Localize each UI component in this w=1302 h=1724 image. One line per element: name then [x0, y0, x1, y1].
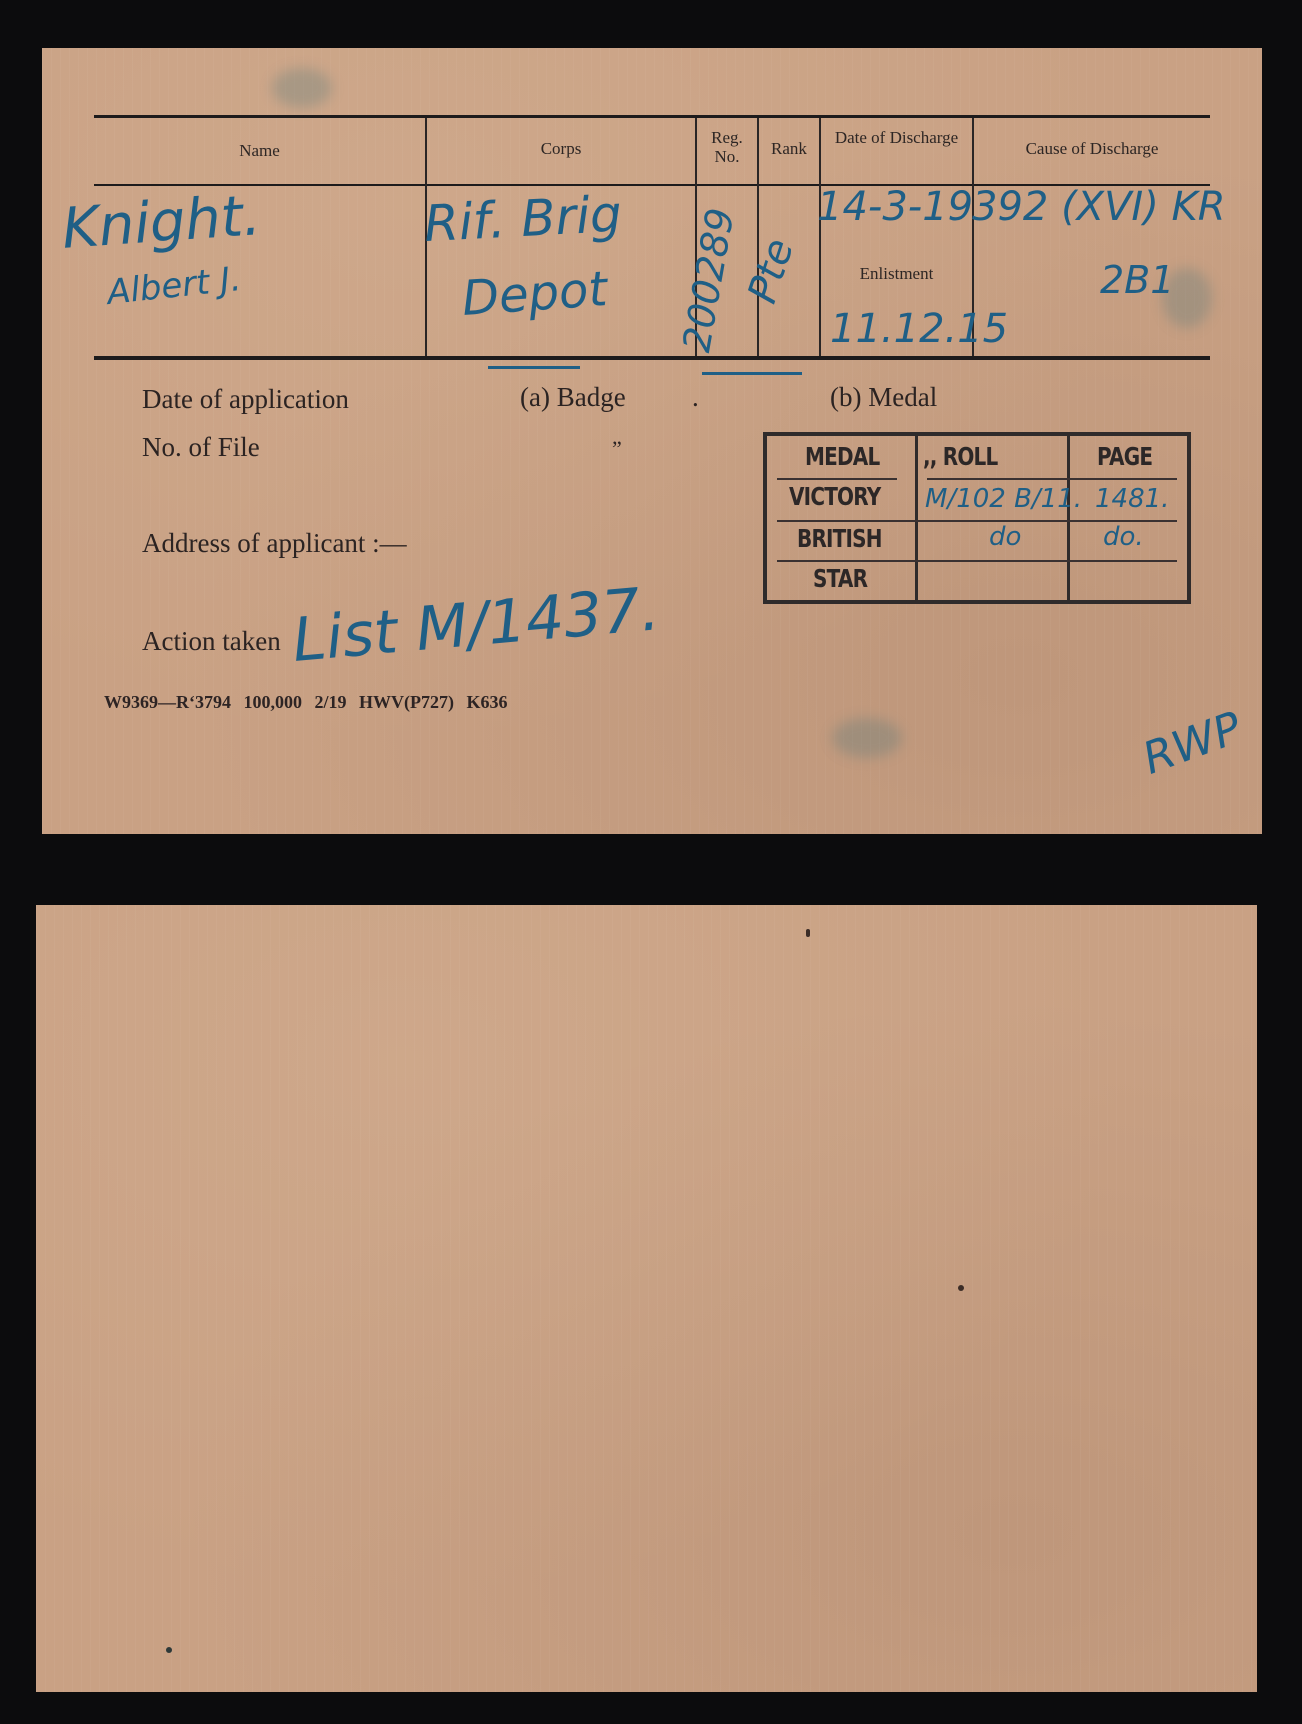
header-cause-of-discharge: Cause of Discharge: [974, 139, 1210, 158]
date-of-application-label: Date of application: [142, 384, 349, 415]
stamp-row-rule: [777, 560, 1177, 562]
ink-smudge: [832, 718, 902, 758]
stamp-row-british: BRITISH: [797, 524, 882, 553]
header-corps: Corps: [427, 139, 695, 158]
table-top-rule: [94, 115, 1210, 118]
index-card-front: Name Corps Reg. No. Rank Date of Dischar…: [42, 48, 1262, 834]
stamp-divider: [1067, 436, 1070, 600]
cause-of-discharge-handwritten-line1: 392 (XVI) KR: [972, 184, 1226, 230]
date-of-discharge-handwritten: 14-3-19: [817, 184, 973, 230]
stamp-header-page: PAGE: [1097, 442, 1152, 471]
header-rank: Rank: [759, 139, 819, 158]
rank-handwritten: Pte: [739, 233, 803, 308]
stamp-header-medal: MEDAL: [805, 442, 879, 471]
surname-handwritten: Knight.: [60, 183, 263, 262]
corps-handwritten-line2: Depot: [460, 261, 609, 327]
header-name: Name: [94, 141, 425, 160]
header-date-of-discharge: Date of Discharge: [821, 128, 972, 147]
cause-of-discharge-handwritten-line2: 2B1: [1100, 258, 1174, 302]
british-page-handwritten: do.: [1103, 522, 1144, 552]
stamp-row-rule: [927, 478, 1177, 480]
victory-roll-handwritten: M/102 B/11.: [925, 484, 1082, 514]
paper-fleck: [166, 1647, 172, 1653]
stamp-divider: [915, 436, 918, 600]
enlistment-label: Enlistment: [821, 264, 972, 283]
index-card-back: [36, 905, 1257, 1692]
paper-fleck: [806, 929, 810, 937]
action-taken-label: Action taken: [142, 626, 281, 657]
enlistment-date-handwritten: 11.12.15: [830, 306, 1008, 352]
stamp-header-roll: ,, ROLL: [923, 442, 997, 471]
table-bottom-rule: [94, 356, 1210, 360]
medal-label: (b) Medal: [830, 382, 937, 413]
stamp-row-star: STAR: [813, 564, 867, 593]
corps-handwritten-line1: Rif. Brig: [423, 185, 623, 253]
header-reg-no: Reg. No.: [697, 128, 757, 166]
british-roll-handwritten: do: [989, 522, 1021, 552]
medal-dash-mark: [702, 372, 802, 375]
column-divider: [819, 118, 821, 356]
forename-handwritten: Albert J.: [105, 259, 243, 313]
no-of-file-label: No. of File: [142, 432, 260, 463]
ditto-mark: ”: [612, 436, 622, 462]
action-taken-handwritten: List M/1437.: [290, 574, 662, 676]
stamp-row-rule: [777, 478, 897, 480]
paper-fleck: [958, 1285, 964, 1291]
form-printer-code: W9369—R‘3794 100,000 2/19 HWV(P727) K636: [104, 692, 507, 713]
clerk-initials: RWP: [1136, 702, 1248, 784]
badge-dash-mark: [488, 366, 580, 369]
stamp-row-victory: VICTORY: [789, 482, 880, 511]
ink-smudge: [272, 68, 332, 108]
reg-no-handwritten: 200289: [674, 205, 743, 355]
address-of-applicant-label: Address of applicant :—: [142, 528, 407, 559]
badge-marker: .: [692, 382, 699, 413]
medal-roll-stamp: MEDAL ,, ROLL PAGE VICTORY M/102 B/11. 1…: [763, 432, 1191, 604]
victory-page-handwritten: 1481.: [1095, 484, 1169, 514]
badge-label: (a) Badge: [520, 382, 626, 413]
